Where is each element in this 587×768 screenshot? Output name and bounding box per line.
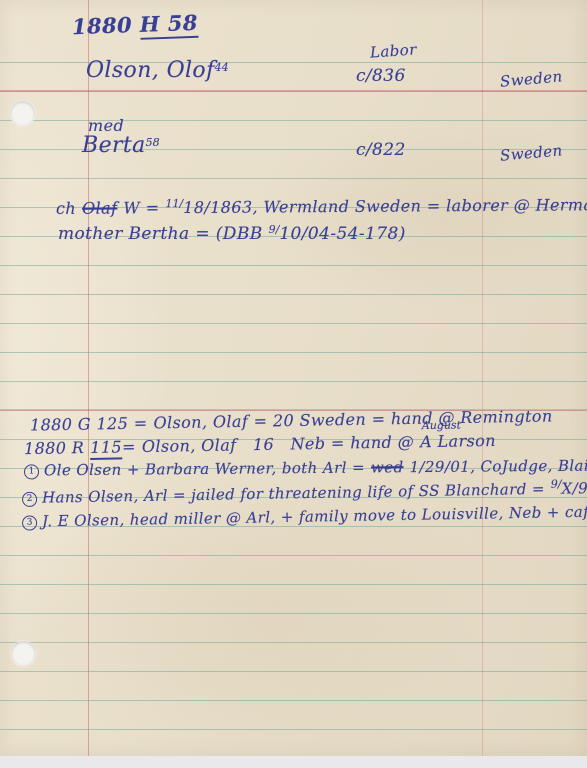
punch-hole-bottom	[11, 641, 36, 666]
header-ref-number: H 58	[139, 10, 198, 40]
birth-note-lead: ch	[56, 199, 76, 218]
note1-text: Ole Olsen + Barbara Werner, both Arl =	[44, 459, 365, 480]
census2-reference-number: 115	[90, 437, 122, 460]
person2-name: Berta58	[82, 133, 160, 158]
birth-note-rest: 18/1863, Wermland Sweden = laborer @ Her…	[183, 195, 587, 217]
note1-date: 1/29/01, CoJudge, Blair	[409, 457, 587, 477]
birth-note-struck-name: Olaf	[82, 198, 117, 217]
person1-name-text: Olson, Olof	[86, 58, 215, 83]
note2-date-superscript: 9/	[551, 478, 562, 491]
birth-note-line2: mother Bertha = (DBB9/10/04-54-178)	[58, 223, 406, 244]
person1-age-superscript: 44	[215, 61, 229, 74]
birth-note-line2-rest: 10/04-54-178)	[279, 224, 405, 244]
note1-struck-word: wed	[371, 458, 404, 476]
margin-line-right	[482, 0, 483, 756]
census2-equals: =	[122, 437, 136, 456]
census2-reference-year: 1880 R	[24, 438, 85, 458]
margin-line-left	[88, 0, 89, 756]
birth-note-line2-lead: mother Bertha = (DBB	[58, 224, 263, 244]
person2-age-superscript: 58	[146, 136, 160, 149]
census2-employer: AugustA Larson	[420, 431, 496, 451]
header-ref-year: 1880	[72, 12, 133, 39]
punch-hole-top	[10, 101, 35, 126]
birth-note-mid: W =	[123, 198, 159, 217]
note2-date: X/90	[561, 479, 587, 498]
census1-reference: 1880 G 125 =	[30, 414, 148, 435]
person2-birthyear: c/822	[356, 140, 406, 160]
note2-circled-number: 2	[22, 492, 37, 507]
census2-employer-name: A Larson	[420, 431, 496, 451]
person1-name: Olson, Olof44	[86, 58, 229, 83]
header-reference: 1880 H 58	[72, 10, 199, 39]
scan-edge-strip	[0, 756, 587, 768]
person2-name-text: Berta	[82, 133, 146, 158]
person1-occupation: Labor	[369, 40, 417, 61]
note1-circled-number: 1	[24, 464, 39, 479]
note3-circled-number: 3	[22, 515, 37, 530]
person1-birthyear: c/836	[356, 66, 406, 86]
census2-inserted-word: August	[422, 418, 461, 432]
birth-note-line2-superscript: 9/	[269, 223, 280, 236]
birth-note-line1: chOlafW =11/18/1863, Wermland Sweden = l…	[56, 194, 587, 218]
birth-note-date-superscript: 11/	[165, 197, 183, 210]
scanned-note-page: 1880 H 58 Olson, Olof44 Labor c/836 Swed…	[0, 0, 587, 768]
